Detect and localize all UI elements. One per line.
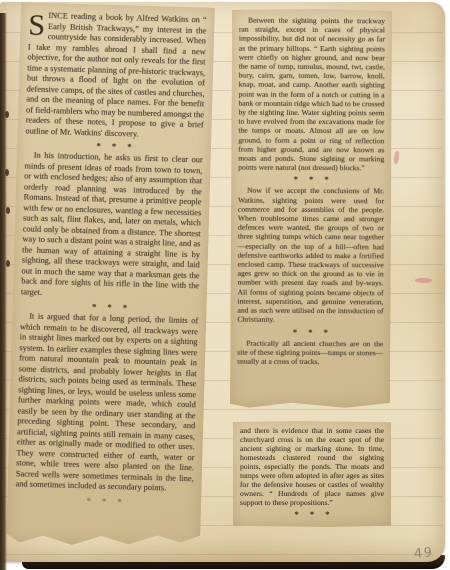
stitch-mark (6, 260, 10, 267)
scrapbook-scan: SINCE reading a book by Alfred Watkins o… (0, 0, 450, 570)
clipping-paragraph: Between the sighting points the trackway… (238, 16, 385, 173)
drop-cap: S (28, 11, 48, 39)
clipping-right-column: Between the sighting points the trackway… (230, 9, 392, 409)
stitch-mark (5, 169, 9, 176)
asterisk-separator: * * * (240, 509, 384, 520)
stitch-mark (6, 207, 10, 214)
stitch-mark (5, 111, 9, 118)
clipping-paragraph: and there is evidence that in some cases… (240, 426, 384, 507)
clipping-right-bottom-fragment: and there is evidence that in some cases… (233, 421, 391, 527)
paragraph-text: INCE reading a book by Alfred Watkins on… (25, 11, 206, 138)
clipping-paragraph: It is argued that for a long period, the… (15, 311, 198, 494)
page-number: 49 (414, 545, 435, 562)
asterisk-separator: * * * (237, 326, 383, 338)
red-pencil-mark (415, 278, 432, 283)
binding-edge (0, 13, 7, 570)
clipping-paragraph: Practically all ancient churches are on … (237, 338, 383, 366)
asterisk-separator: * * * (238, 174, 384, 186)
clipping-left-column: SINCE reading a book by Alfred Watkins o… (6, 2, 215, 548)
clipping-paragraph: In his introduction, he asks us first to… (21, 150, 203, 302)
asterisk-separator: * * * (15, 493, 193, 509)
clipping-paragraph: SINCE reading a book by Alfred Watkins o… (25, 11, 206, 142)
clipping-paragraph: Now if we accept the conclusions of Mr. … (237, 186, 384, 325)
